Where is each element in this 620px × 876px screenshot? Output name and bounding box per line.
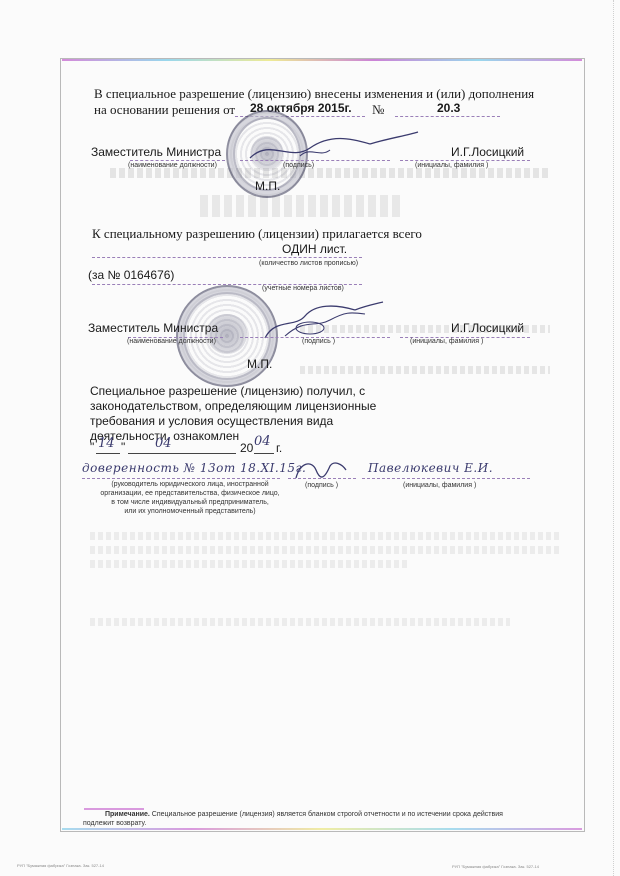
name-underline xyxy=(400,160,530,161)
date-day: 14 xyxy=(98,436,115,451)
date-open-quote: " xyxy=(90,440,94,454)
recipient-signature-underline xyxy=(288,478,356,479)
position-caption: (наименование должности) xyxy=(128,162,217,169)
name-caption: (инициалы, фамилия ) xyxy=(415,162,488,169)
show-through-text xyxy=(300,366,550,374)
note-accent-line xyxy=(84,808,144,810)
printer-mark-left: РУП "Бумажная фабрика" Гознака. Зак. 527… xyxy=(17,863,104,868)
recipient-authority-handwritten: доверенность № 13от 18.XI.15г. xyxy=(82,461,306,475)
sheet-count: ОДИН лист. xyxy=(282,242,347,256)
recipient-name-underline xyxy=(362,478,530,479)
seal-place-label: М.П. xyxy=(247,357,272,371)
date-year-suffix: 04 xyxy=(254,434,271,449)
frame-top-line xyxy=(62,59,582,61)
show-through-text xyxy=(90,560,410,568)
recipient-signature-caption: (подпись ) xyxy=(305,482,338,489)
sheet-count-caption: (количество листов прописью) xyxy=(259,260,358,267)
recipient-underline xyxy=(82,478,280,479)
show-through-text xyxy=(90,546,560,554)
date-year-unit: г. xyxy=(276,441,282,455)
show-through-text xyxy=(90,532,560,540)
note-label: Примечание. xyxy=(83,811,150,818)
page-edge xyxy=(613,0,616,876)
note: Примечание. Специальное разрешение (лице… xyxy=(83,811,503,818)
signature-caption: (подпись ) xyxy=(302,338,335,345)
name-caption: (инициалы, фамилия ) xyxy=(410,338,483,345)
number-sign: № xyxy=(372,102,384,118)
signer-name: И.Г.Лосицкий xyxy=(451,321,524,335)
recipient-name-handwritten: Павелюкевич Е.И. xyxy=(368,461,493,475)
signer-position: Заместитель Министра xyxy=(88,321,218,335)
date-year-underline xyxy=(254,453,274,454)
recipient-caption: (руководитель юридического лица, иностра… xyxy=(100,480,280,516)
seal-place-label: М.П. xyxy=(255,179,280,193)
changes-statement: В специальное разрешение (лицензию) внес… xyxy=(94,86,534,102)
note-text: Специальное разрешение (лицензия) являет… xyxy=(152,811,503,818)
decision-number: 20.3 xyxy=(437,101,460,115)
receipt-acknowledgment: Специальное разрешение (лицензию) получи… xyxy=(90,384,376,444)
date-month: 04 xyxy=(155,436,172,451)
signature-caption: (подпись) xyxy=(283,162,314,169)
handwritten-signature xyxy=(240,128,420,168)
signature-underline xyxy=(240,160,390,161)
position-caption: (наименование должности) xyxy=(127,338,216,345)
signer-position: Заместитель Министра xyxy=(91,145,221,159)
sheet-numbers: (за № 0164676) xyxy=(88,268,174,282)
decision-basis-label: на основании решения от xyxy=(94,102,235,118)
frame-bottom-line xyxy=(62,828,582,830)
position-underline xyxy=(130,160,225,161)
show-through-text xyxy=(90,618,510,626)
date-month-underline xyxy=(128,453,236,454)
decision-number-underline xyxy=(395,116,500,117)
signer-name: И.Г.Лосицкий xyxy=(451,145,524,159)
attachments-statement: К специальному разрешению (лицензии) при… xyxy=(92,226,422,242)
sheet-numbers-caption: (учетные номера листов) xyxy=(262,285,344,292)
note-text-line2: подлежит возврату. xyxy=(83,820,146,827)
date-year-prefix: 20 xyxy=(240,441,253,455)
date-day-underline xyxy=(96,453,120,454)
recipient-name-caption: (инициалы, фамилия ) xyxy=(403,482,476,489)
date-close-quote: " xyxy=(121,440,125,454)
printer-mark-right: РУП "Бумажная фабрика" Гознака. Зак. 527… xyxy=(452,864,539,869)
show-through-text xyxy=(110,168,550,178)
sheet-count-underline xyxy=(92,257,362,258)
show-through-text xyxy=(200,195,400,217)
